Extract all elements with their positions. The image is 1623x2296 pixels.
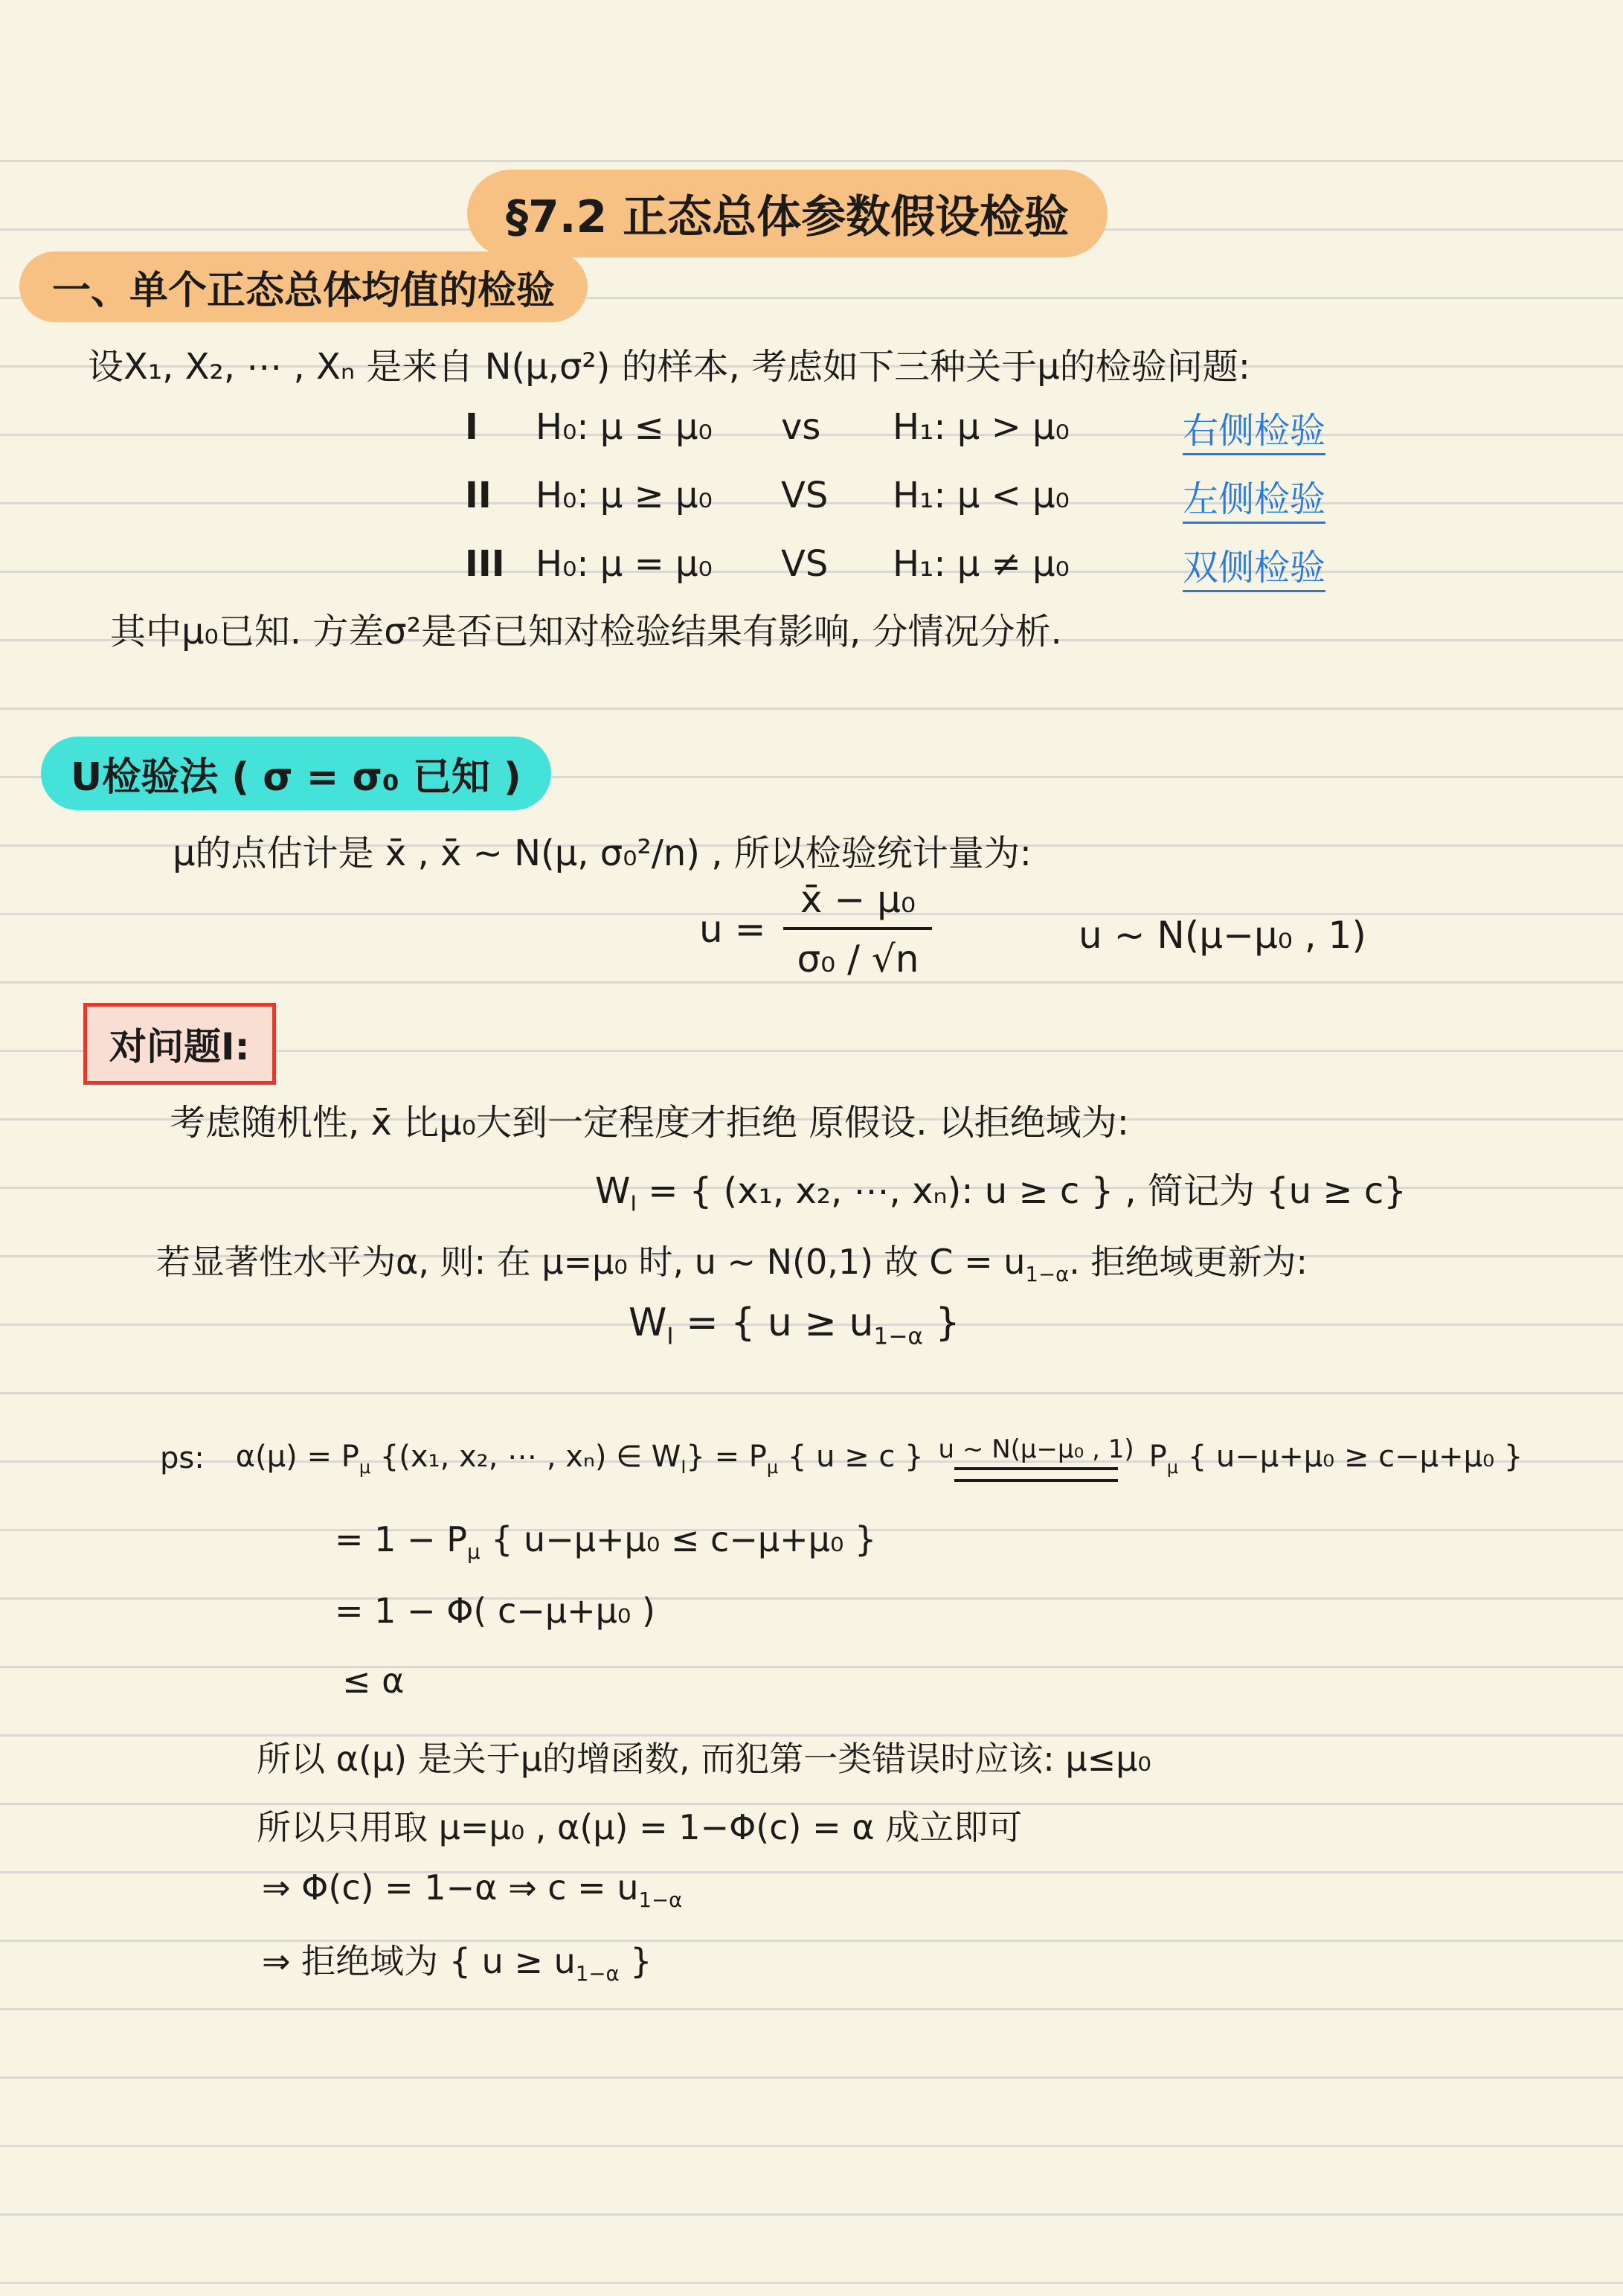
hypothesis-1-side-label: 右侧检验 xyxy=(1183,402,1325,453)
ps-derivation-step-1: ps: α(μ) = Pμ {(x₁, x₂, ⋯ , xₙ) ∈ WI} = … xyxy=(160,1434,1523,1482)
u-formula-numerator: x̄ − μ₀ xyxy=(783,878,932,927)
variance-note: 其中μ₀已知. 方差σ²是否已知对检验结果有影响, 分情况分析. xyxy=(110,603,1062,654)
problem-1-box: 对问题I: xyxy=(83,1003,276,1085)
hypothesis-row-1: I H₀: μ ≤ μ₀ vs H₁: μ > μ₀ 右侧检验 xyxy=(465,393,1325,461)
ps-step-1a: α(μ) = Pμ {(x₁, x₂, ⋯ , xₙ) ∈ WI} = Pμ {… xyxy=(236,1440,924,1478)
hypothesis-1-numeral: I xyxy=(465,406,536,448)
ps-step-1b: Pμ { u−μ+μ₀ ≥ c−μ+μ₀ } xyxy=(1149,1440,1523,1478)
significance-level-line: 若显著性水平为α, 则: 在 μ=μ₀ 时, u ~ N(0,1) 故 C = … xyxy=(156,1235,1308,1286)
problem-1-reasoning: 考虑随机性, x̄ 比μ₀大到一定程度才拒绝 原假设. 以拒绝域为: xyxy=(170,1094,1129,1145)
hypothesis-row-2: II H₀: μ ≥ μ₀ VS H₁: μ < μ₀ 左侧检验 xyxy=(465,461,1325,530)
u-test-heading: U检验法 ( σ = σ₀ 已知 ) xyxy=(41,737,551,810)
page-title: §7.2 正态总体参数假设检验 xyxy=(467,170,1108,257)
hypothesis-row-3: III H₀: μ = μ₀ VS H₁: μ ≠ μ₀ 双侧检验 xyxy=(465,530,1325,598)
hypothesis-1-alt: H₁: μ > μ₀ xyxy=(893,406,1145,448)
hypothesis-3-alt: H₁: μ ≠ μ₀ xyxy=(893,543,1145,585)
u-formula-lhs: u = xyxy=(699,908,765,951)
section-heading: 一、单个正态总体均值的检验 xyxy=(19,251,588,322)
notebook-page: §7.2 正态总体参数假设检验 一、单个正态总体均值的检验 设X₁, X₂, ⋯… xyxy=(0,0,1623,2296)
hypothesis-2-numeral: II xyxy=(465,475,536,516)
hypothesis-2-null: H₀: μ ≥ μ₀ xyxy=(536,475,781,516)
conclusion-line-2: 所以只用取 μ=μ₀ , α(μ) = 1−Φ(c) = α 成立即可 xyxy=(257,1800,1022,1850)
hypothesis-table: I H₀: μ ≤ μ₀ vs H₁: μ > μ₀ 右侧检验 II H₀: μ… xyxy=(465,393,1325,598)
u-statistic-distribution: u ~ N(μ−μ₀ , 1) xyxy=(1079,914,1366,957)
hypothesis-1-null: H₀: μ ≤ μ₀ xyxy=(536,406,781,448)
u-formula-fraction: x̄ − μ₀ σ₀ / √n xyxy=(783,878,932,981)
hypothesis-2-alt: H₁: μ < μ₀ xyxy=(893,475,1145,516)
distribution-annotation: u ~ N(μ−μ₀ , 1) xyxy=(939,1434,1134,1464)
intro-text: 设X₁, X₂, ⋯ , Xₙ 是来自 N(μ,σ²) 的样本, 考虑如下三种关… xyxy=(88,338,1250,389)
hypothesis-1-vs: vs xyxy=(781,406,893,448)
conclusion-line-1: 所以 α(μ) 是关于μ的增函数, 而犯第一类错误时应该: μ≤μ₀ xyxy=(257,1732,1151,1781)
ps-label: ps: xyxy=(160,1441,205,1475)
conclusion-line-4: ⇒ 拒绝域为 { u ≥ u1−α } xyxy=(262,1934,652,1986)
rejection-region-updated-formula: WI = { u ≥ u1−α } xyxy=(629,1301,960,1350)
ps-derivation-step-2: = 1 − Pμ { u−μ+μ₀ ≤ c−μ+μ₀ } xyxy=(335,1519,876,1564)
u-formula-denominator: σ₀ / √n xyxy=(783,927,932,981)
u-statistic-formula: u = x̄ − μ₀ σ₀ / √n xyxy=(699,878,932,981)
double-equals-bars xyxy=(954,1467,1118,1482)
hypothesis-3-null: H₀: μ = μ₀ xyxy=(536,543,781,585)
annotated-equals: u ~ N(μ−μ₀ , 1) xyxy=(939,1434,1134,1482)
hypothesis-3-side-label: 双侧检验 xyxy=(1183,539,1325,590)
u-test-intro: μ的点估计是 x̄ , x̄ ~ N(μ, σ₀²/n) , 所以检验统计量为: xyxy=(173,824,1032,876)
ps-derivation-step-4: ≤ α xyxy=(342,1661,405,1701)
hypothesis-3-vs: VS xyxy=(781,543,893,585)
ps-derivation-step-3: = 1 − Φ( c−μ+μ₀ ) xyxy=(335,1591,655,1631)
conclusion-line-3: ⇒ Φ(c) = 1−α ⇒ c = u1−α xyxy=(262,1867,682,1912)
hypothesis-3-numeral: III xyxy=(465,543,536,585)
rejection-region-formula: WI = { (x₁, x₂, ⋯, xₙ): u ≥ c } , 简记为 {u… xyxy=(595,1162,1407,1216)
hypothesis-2-side-label: 左侧检验 xyxy=(1183,470,1325,522)
hypothesis-2-vs: VS xyxy=(781,475,893,516)
